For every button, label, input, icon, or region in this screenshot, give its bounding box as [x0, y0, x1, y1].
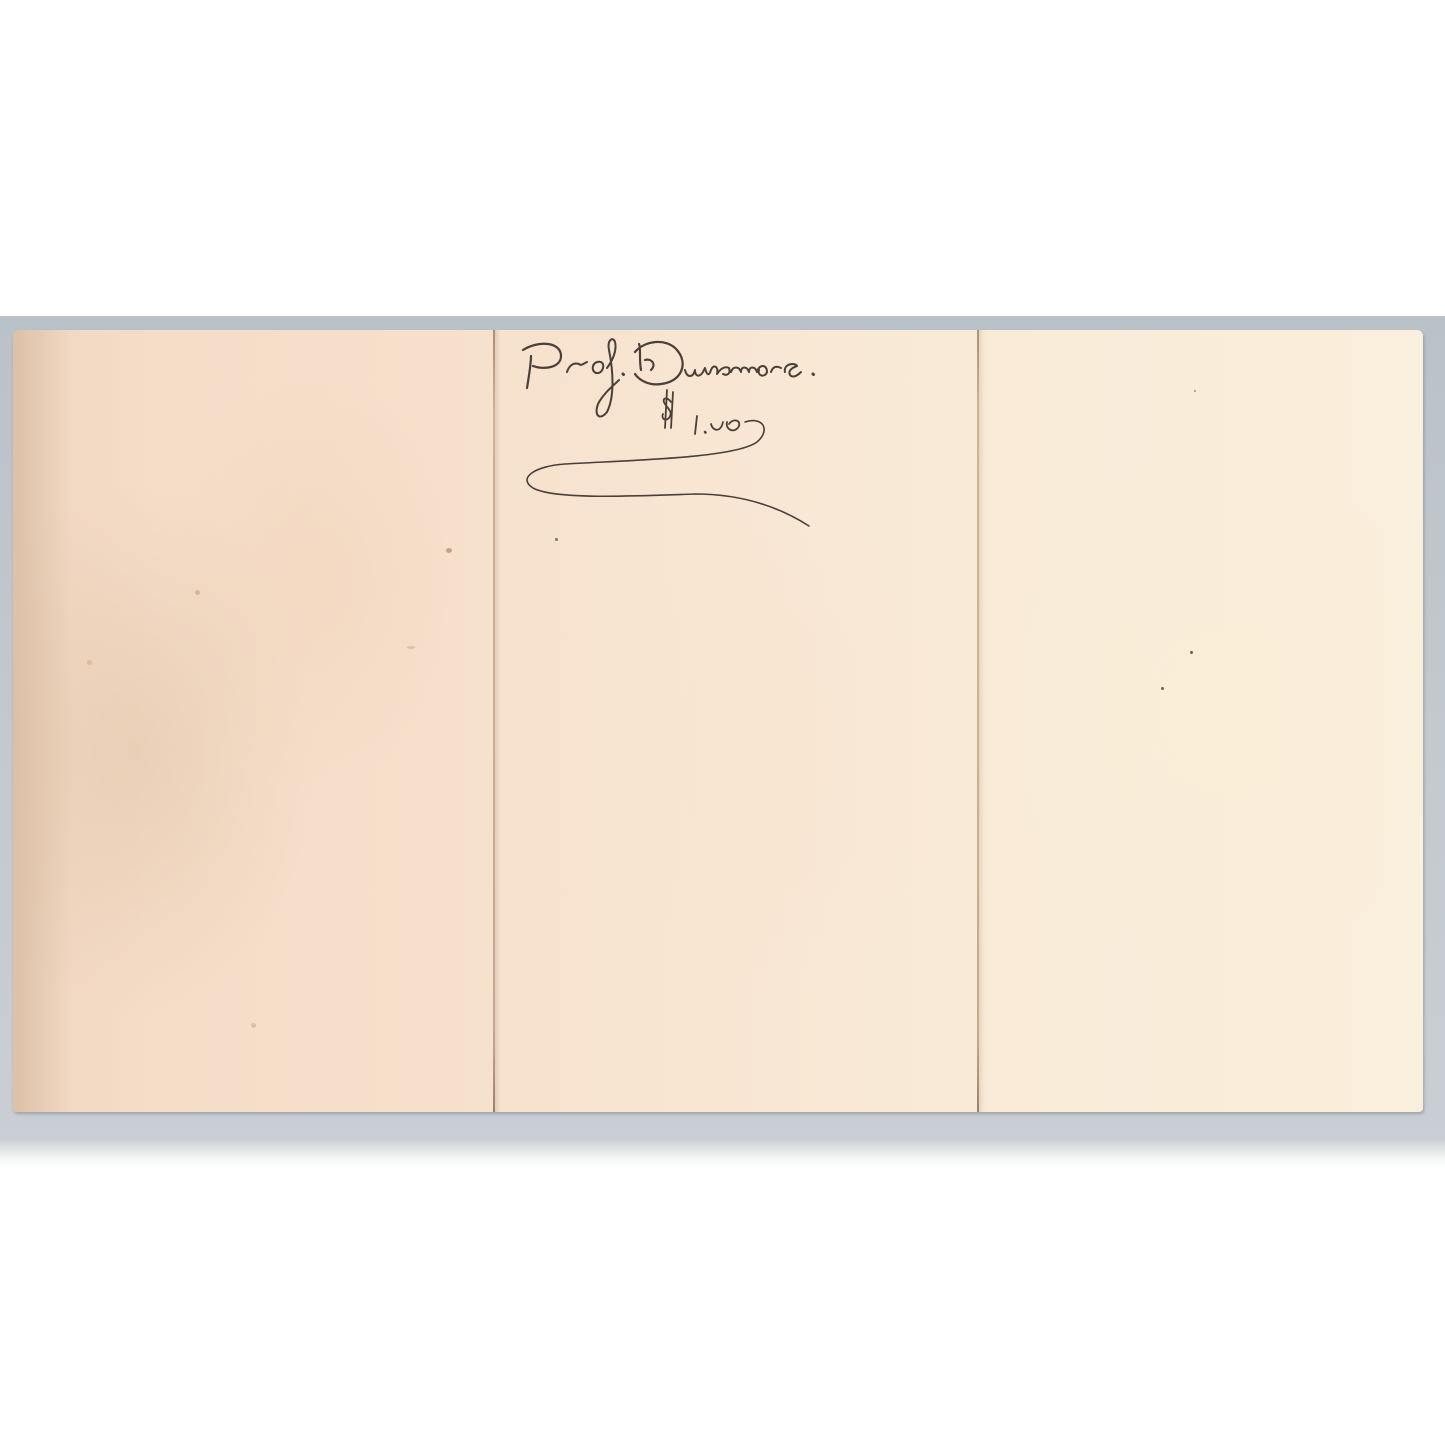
foxing-spot: [195, 590, 200, 595]
scan-backdrop-fade: [0, 1140, 1445, 1170]
panel-left: [13, 330, 493, 1112]
trifold-card: Prof. Dunsmore. $1.00: [13, 330, 1423, 1112]
foxing-spot: [251, 1023, 256, 1028]
foxing-spot: [446, 548, 452, 553]
ink-dot: [555, 538, 558, 541]
ink-dot: [1161, 687, 1164, 690]
foxing-spot: [407, 646, 415, 649]
handwriting-ink: [495, 330, 977, 590]
ink-dot: [1190, 651, 1193, 654]
foxing-spot: [87, 660, 92, 665]
panel-right: [979, 330, 1423, 1112]
panel-middle: Prof. Dunsmore. $1.00: [495, 330, 977, 1112]
ink-dot: [1194, 390, 1196, 392]
